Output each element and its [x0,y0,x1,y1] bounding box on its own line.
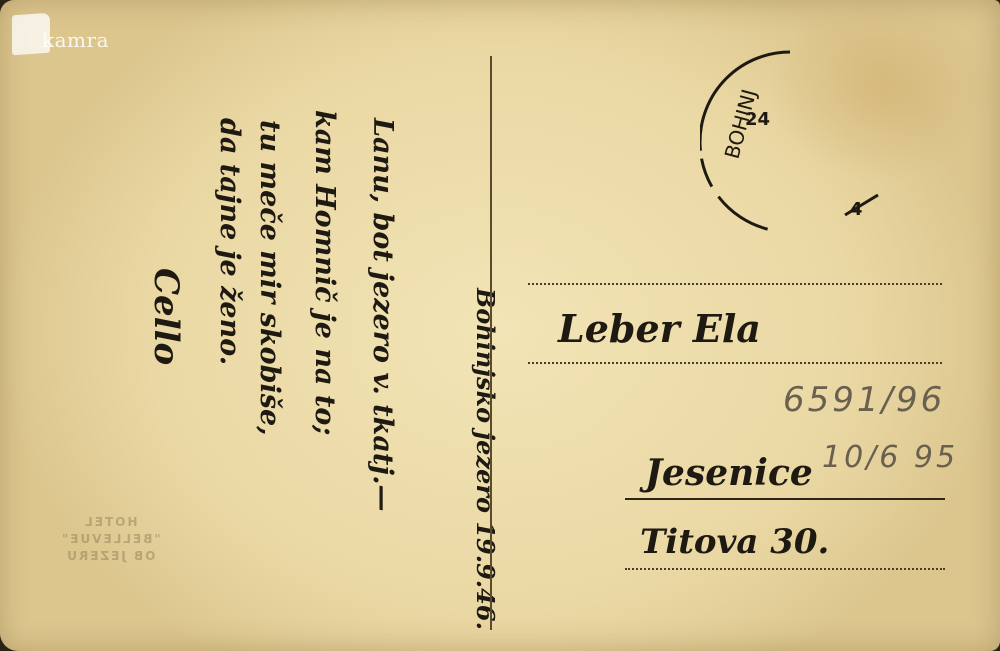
postmark-suffix: 4 [850,199,863,220]
card-divider [490,56,492,630]
address-line-3 [625,498,945,500]
recipient-name: Leber Ela [558,306,761,351]
address-line-4 [625,568,945,570]
stamp-line: OB JEZERU [60,548,161,565]
recipient-street: Titova 30. [640,522,829,562]
address-line-2 [528,362,942,364]
message-line-1: Lanu, bot jezero v. tkatj.— [367,118,398,511]
faded-hotel-stamp: HOTEL "BELLEVUE" OB JEZERU [60,514,161,565]
stamp-line: HOTEL [60,514,161,531]
reference-number: 10/6 95 [822,440,958,475]
message-line-3: tu meče mir skobiše, [254,120,285,436]
postmark-icon: BOHINJ 24 4 [700,40,900,240]
place-date: Bohinjsko jezero 19.9.46. [471,288,500,630]
message-line-4: da tajne je ženo. [214,118,245,365]
message-line-2: kam Homnič je na to; [309,110,340,435]
address-line-1 [528,283,942,285]
signature: Cello [146,268,186,365]
recipient-city: Jesenice [645,452,813,494]
postmark-day: 24 [745,109,770,130]
watermark-text: kamra [42,28,109,52]
kamra-logo-icon [12,13,50,56]
inventory-number: 6591/96 [783,380,945,420]
kamra-watermark: kamra [12,14,109,54]
postcard-back: kamra HOTEL "BELLEVUE" OB JEZERU Lanu, b… [0,0,1000,651]
stamp-line: "BELLEVUE" [60,531,161,548]
